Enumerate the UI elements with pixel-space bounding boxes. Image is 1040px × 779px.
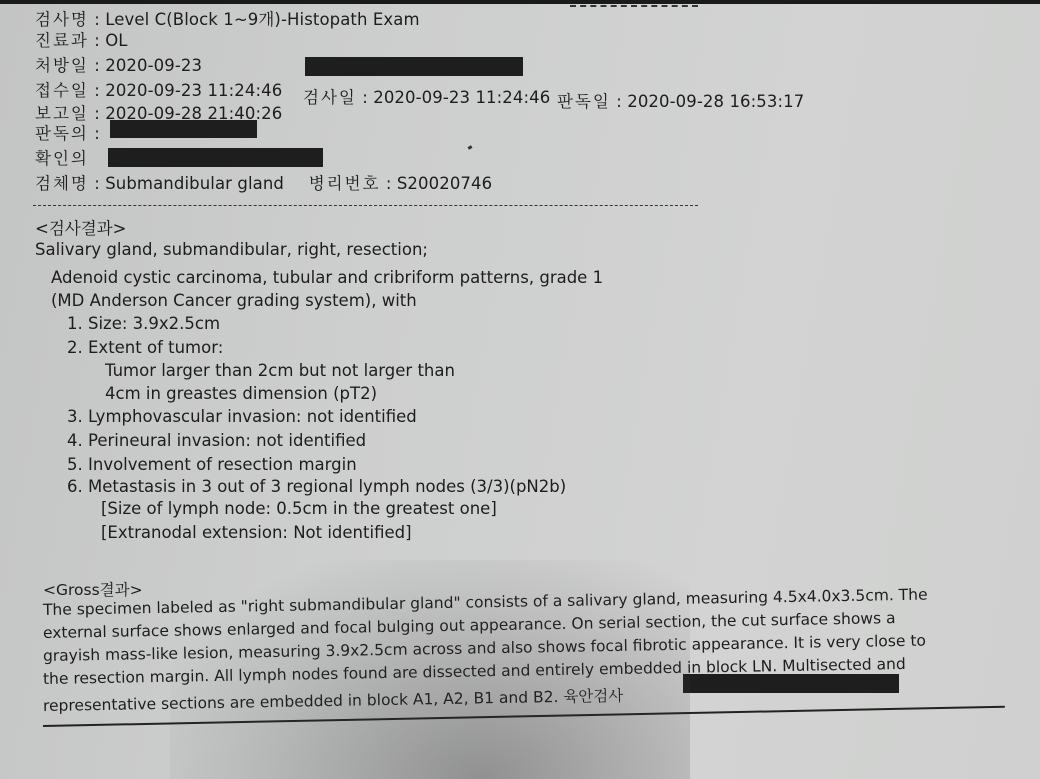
specimen-value: Submandibular gland bbox=[105, 174, 284, 193]
confirmer-redaction bbox=[108, 148, 323, 167]
result-item-detail: Tumor larger than 2cm but not larger tha… bbox=[105, 361, 455, 380]
gross-heading: <Gross결과> bbox=[43, 578, 143, 600]
separator: : bbox=[362, 88, 368, 107]
confirmer-label: 확인의 bbox=[35, 149, 89, 168]
reading-date-row: 판독일 : 2020-09-28 16:53:17 bbox=[557, 88, 804, 112]
pathologist-label: 판독의 bbox=[35, 124, 89, 143]
redaction-bar bbox=[305, 57, 523, 76]
order-date-value: 2020-09-23 bbox=[105, 56, 202, 75]
pathology-number-label: 병리번호 bbox=[309, 174, 381, 193]
separator: : bbox=[94, 81, 100, 100]
separator: : bbox=[94, 124, 100, 143]
gross-redaction bbox=[683, 674, 899, 693]
result-item: 2. Extent of tumor: bbox=[67, 338, 223, 357]
result-item-detail: [Extranodal extension: Not identified] bbox=[101, 523, 412, 542]
separator: : bbox=[616, 92, 622, 111]
diagnosis-line: Salivary gland, submandibular, right, re… bbox=[35, 240, 428, 259]
exam-name-value: Level C(Block 1~9개)-Histopath Exam bbox=[105, 10, 419, 29]
diagnosis-detail: (MD Anderson Cancer grading system), wit… bbox=[51, 291, 417, 310]
exam-date-label: 검사일 bbox=[303, 88, 357, 107]
order-date-row: 처방일 : 2020-09-23 bbox=[35, 52, 202, 76]
receipt-date-value: 2020-09-23 11:24:46 bbox=[105, 81, 282, 100]
top-edge-bar bbox=[0, 0, 1040, 4]
separator: : bbox=[386, 174, 392, 193]
department-value: OL bbox=[105, 31, 127, 50]
receipt-date-row: 접수일 : 2020-09-23 11:24:46 bbox=[35, 77, 282, 101]
reading-date-value: 2020-09-28 16:53:17 bbox=[627, 92, 804, 111]
result-item: 1. Size: 3.9x2.5cm bbox=[67, 314, 220, 333]
reading-date-label: 판독일 bbox=[557, 92, 611, 111]
confirmer-row: 확인의 bbox=[35, 145, 89, 169]
result-item: 3. Lymphovascular invasion: not identifi… bbox=[67, 407, 417, 426]
specimen-label: 검체명 bbox=[35, 174, 89, 193]
pathology-number-value: S20020746 bbox=[397, 174, 492, 193]
order-date-label: 처방일 bbox=[35, 56, 89, 75]
section-divider bbox=[33, 205, 698, 206]
result-heading: <검사결과> bbox=[35, 215, 126, 239]
exam-date-row: 검사일 : 2020-09-23 11:24:46 bbox=[303, 84, 550, 108]
result-item: 5. Involvement of resection margin bbox=[67, 455, 357, 474]
department-row: 진료과 : OL bbox=[35, 27, 128, 51]
exam-date-value: 2020-09-23 11:24:46 bbox=[373, 88, 550, 107]
separator: : bbox=[94, 31, 100, 50]
separator: : bbox=[94, 174, 100, 193]
separator: : bbox=[94, 56, 100, 75]
diagnosis-detail: Adenoid cystic carcinoma, tubular and cr… bbox=[51, 268, 603, 287]
result-item: 4. Perineural invasion: not identified bbox=[67, 431, 366, 450]
result-item-detail: 4cm in greastes dimension (pT2) bbox=[105, 384, 377, 403]
top-dashed-line bbox=[570, 5, 698, 7]
result-item-detail: [Size of lymph node: 0.5cm in the greate… bbox=[101, 499, 497, 518]
department-label: 진료과 bbox=[35, 31, 89, 50]
specimen-row: 검체명 : Submandibular gland 병리번호 : S200207… bbox=[35, 170, 492, 194]
pathologist-redaction bbox=[110, 120, 257, 138]
receipt-date-label: 접수일 bbox=[35, 81, 89, 100]
result-item: 6. Metastasis in 3 out of 3 regional lym… bbox=[67, 477, 566, 496]
pathology-report-photo: 검사명 : Level C(Block 1~9개)-Histopath Exam… bbox=[0, 0, 1040, 779]
pathologist-row: 판독의 : bbox=[35, 120, 100, 144]
paper-speck bbox=[468, 145, 473, 150]
gross-line: representative sections are embedded in … bbox=[43, 684, 624, 716]
